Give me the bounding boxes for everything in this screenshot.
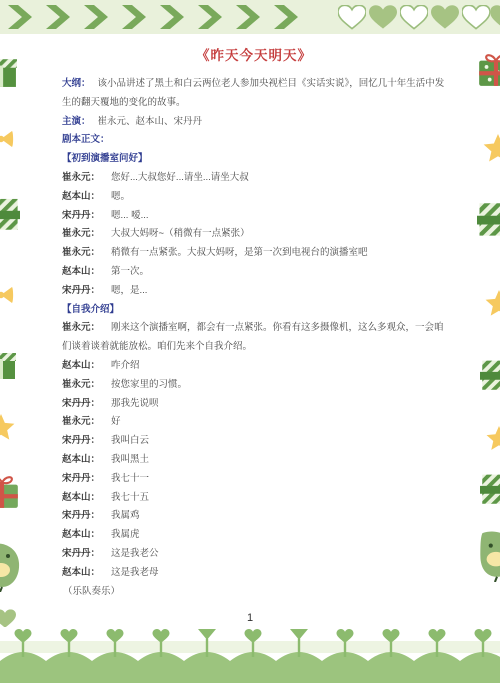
dialogue-line: 赵本山：嗯。 bbox=[62, 188, 446, 207]
dialogue-line: 宋丹丹：我叫白云 bbox=[62, 432, 446, 451]
striped-gift-icon bbox=[0, 56, 18, 88]
dialogue-line: 宋丹丹：嗯，是... bbox=[62, 282, 446, 301]
line-text: 我七十五 bbox=[111, 492, 149, 503]
outline-label: 大纲： bbox=[62, 78, 91, 89]
outline-line: 大纲：该小品讲述了黑土和白云两位老人参加央视栏目《实话实说》，回忆几十年生活中发… bbox=[62, 75, 446, 113]
starring-text: 崔永元、赵本山、宋丹丹 bbox=[98, 116, 203, 127]
speaker-name: 赵本山： bbox=[62, 492, 100, 503]
line-text: 稍微有一点紧张。大叔大妈呀，是第一次到电视台的演播室吧 bbox=[111, 247, 368, 258]
star-icon bbox=[483, 134, 500, 164]
line-text: 嗯，是... bbox=[111, 285, 147, 296]
line-text: 大叔大妈呀~（稍微有一点紧张） bbox=[111, 228, 250, 239]
star-icon bbox=[485, 290, 500, 318]
hill-icon bbox=[0, 627, 500, 683]
dialogue-line: 崔永元：您好...大叔您好...请坐...请坐大叔 bbox=[62, 169, 446, 188]
page-number: 1 bbox=[0, 612, 500, 624]
speaker-name: 宋丹丹： bbox=[62, 210, 100, 221]
striped-gift-icon bbox=[480, 470, 500, 504]
speaker-name: 赵本山： bbox=[62, 567, 100, 578]
speaker-name: 崔永元： bbox=[62, 247, 100, 258]
line-text: 我七十一 bbox=[111, 473, 149, 484]
heading-text: 【初到演播室问好】 bbox=[62, 153, 148, 164]
line-text: 按您家里的习惯。 bbox=[111, 379, 187, 390]
line-text: 好 bbox=[111, 416, 121, 427]
red-ribbon-gift-icon bbox=[0, 472, 20, 510]
striped-gift-icon bbox=[477, 198, 500, 236]
top-border-band bbox=[0, 0, 500, 34]
dialogue-line: 赵本山：我叫黑土 bbox=[62, 451, 446, 470]
dialogue-line: 宋丹丹：那我先说呗 bbox=[62, 395, 446, 414]
speaker-name: 宋丹丹： bbox=[62, 285, 100, 296]
heading-text: 【自我介绍】 bbox=[62, 304, 119, 315]
speaker-name: 崔永元： bbox=[62, 322, 100, 333]
document-page: 《昨天今天明天》 大纲：该小品讲述了黑土和白云两位老人参加央视栏目《实话实说》，… bbox=[0, 0, 500, 683]
dialogue-line: 崔永元：刚来这个演播室啊，都会有一点紧张。你看有这多摄像机，这么多观众，一会咱们… bbox=[62, 319, 446, 357]
bottom-border-decoration bbox=[0, 627, 500, 683]
gift-box-icon bbox=[0, 350, 16, 380]
line-text: 这是我老母 bbox=[111, 567, 159, 578]
dialogue-line: 赵本山：这是我老母 bbox=[62, 564, 446, 583]
script-body-label: 剧本正文： bbox=[62, 134, 110, 145]
line-text: 刚来这个演播室啊，都会有一点紧张。你看有这多摄像机，这么多观众，一会咱们谈着谈着… bbox=[62, 322, 444, 352]
dialogue-line: 崔永元：稍微有一点紧张。大叔大妈呀，是第一次到电视台的演播室吧 bbox=[62, 244, 446, 263]
speaker-name: 赵本山： bbox=[62, 360, 100, 371]
polka-dot-gift-icon bbox=[477, 48, 500, 88]
left-border-decoration bbox=[0, 34, 34, 627]
green-critter-icon bbox=[0, 542, 22, 592]
speaker-name: 崔永元： bbox=[62, 172, 100, 183]
ribbon-bow-icon bbox=[0, 286, 14, 304]
top-border-decoration bbox=[0, 0, 500, 34]
speaker-name: 赵本山： bbox=[62, 529, 100, 540]
outline-text: 该小品讲述了黑土和白云两位老人参加央视栏目《实话实说》，回忆几十年生活中发生的翻… bbox=[62, 78, 444, 108]
speaker-name: 宋丹丹： bbox=[62, 473, 100, 484]
line-text: 我叫黑土 bbox=[111, 454, 149, 465]
speaker-name: 崔永元： bbox=[62, 379, 100, 390]
line-text: （乐队奏乐） bbox=[62, 586, 120, 597]
line-text: 我属虎 bbox=[111, 529, 140, 540]
speaker-name: 崔永元： bbox=[62, 228, 100, 239]
dialogue-line: 赵本山：我属虎 bbox=[62, 526, 446, 545]
line-text: 咋介绍 bbox=[111, 360, 140, 371]
dialogue-line: 崔永元：大叔大妈呀~（稍微有一点紧张） bbox=[62, 225, 446, 244]
speaker-name: 赵本山： bbox=[62, 191, 100, 202]
ribbon-bow-icon bbox=[0, 130, 14, 148]
line-text: 我叫白云 bbox=[111, 435, 149, 446]
line-text: 这是我老公 bbox=[111, 548, 159, 559]
speaker-name: 宋丹丹： bbox=[62, 435, 100, 446]
dialogue-line: 宋丹丹：我属鸡 bbox=[62, 507, 446, 526]
dialogue-line: 宋丹丹：这是我老公 bbox=[62, 545, 446, 564]
script-body-label-line: 剧本正文： bbox=[62, 131, 446, 150]
page-title: 《昨天今天明天》 bbox=[62, 44, 446, 64]
speaker-name: 赵本山： bbox=[62, 454, 100, 465]
speaker-name: 宋丹丹： bbox=[62, 510, 100, 521]
starring-line: 主演：崔永元、赵本山、宋丹丹 bbox=[62, 113, 446, 132]
right-border-decoration bbox=[466, 34, 500, 627]
star-icon bbox=[0, 414, 15, 442]
starring-label: 主演： bbox=[62, 116, 91, 127]
speaker-name: 崔永元： bbox=[62, 416, 100, 427]
line-text: 那我先说呗 bbox=[111, 398, 159, 409]
line-text: 嗯。 bbox=[111, 191, 130, 202]
dialogue-line: 宋丹丹：嗯... 嗳... bbox=[62, 207, 446, 226]
dialogue-line: 崔永元：好 bbox=[62, 413, 446, 432]
dialogue-line: 宋丹丹：我七十一 bbox=[62, 470, 446, 489]
striped-gift-icon bbox=[0, 194, 20, 230]
speaker-name: 赵本山： bbox=[62, 266, 100, 277]
dialogue-line: 崔永元：按您家里的习惯。 bbox=[62, 376, 446, 395]
dialogue-line: 赵本山：咋介绍 bbox=[62, 357, 446, 376]
stage-direction: （乐队奏乐） bbox=[62, 583, 446, 602]
section-heading: 【自我介绍】 bbox=[62, 301, 446, 320]
dialogue-line: 赵本山：第一次。 bbox=[62, 263, 446, 282]
speaker-name: 宋丹丹： bbox=[62, 398, 100, 409]
line-text: 第一次。 bbox=[111, 266, 149, 277]
line-text: 我属鸡 bbox=[111, 510, 140, 521]
section-heading: 【初到演播室问好】 bbox=[62, 150, 446, 169]
dialogue-line: 赵本山：我七十五 bbox=[62, 489, 446, 508]
line-text: 嗯... 嗳... bbox=[111, 210, 148, 221]
speaker-name: 宋丹丹： bbox=[62, 548, 100, 559]
striped-gift-icon bbox=[480, 356, 500, 390]
green-critter-icon bbox=[476, 530, 500, 582]
line-text: 您好...大叔您好...请坐...请坐大叔 bbox=[111, 172, 249, 183]
script-body: 【初到演播室问好】崔永元：您好...大叔您好...请坐...请坐大叔赵本山：嗯。… bbox=[62, 150, 446, 601]
star-icon bbox=[486, 426, 500, 452]
script-document: 《昨天今天明天》 大纲：该小品讲述了黑土和白云两位老人参加央视栏目《实话实说》，… bbox=[62, 44, 446, 601]
